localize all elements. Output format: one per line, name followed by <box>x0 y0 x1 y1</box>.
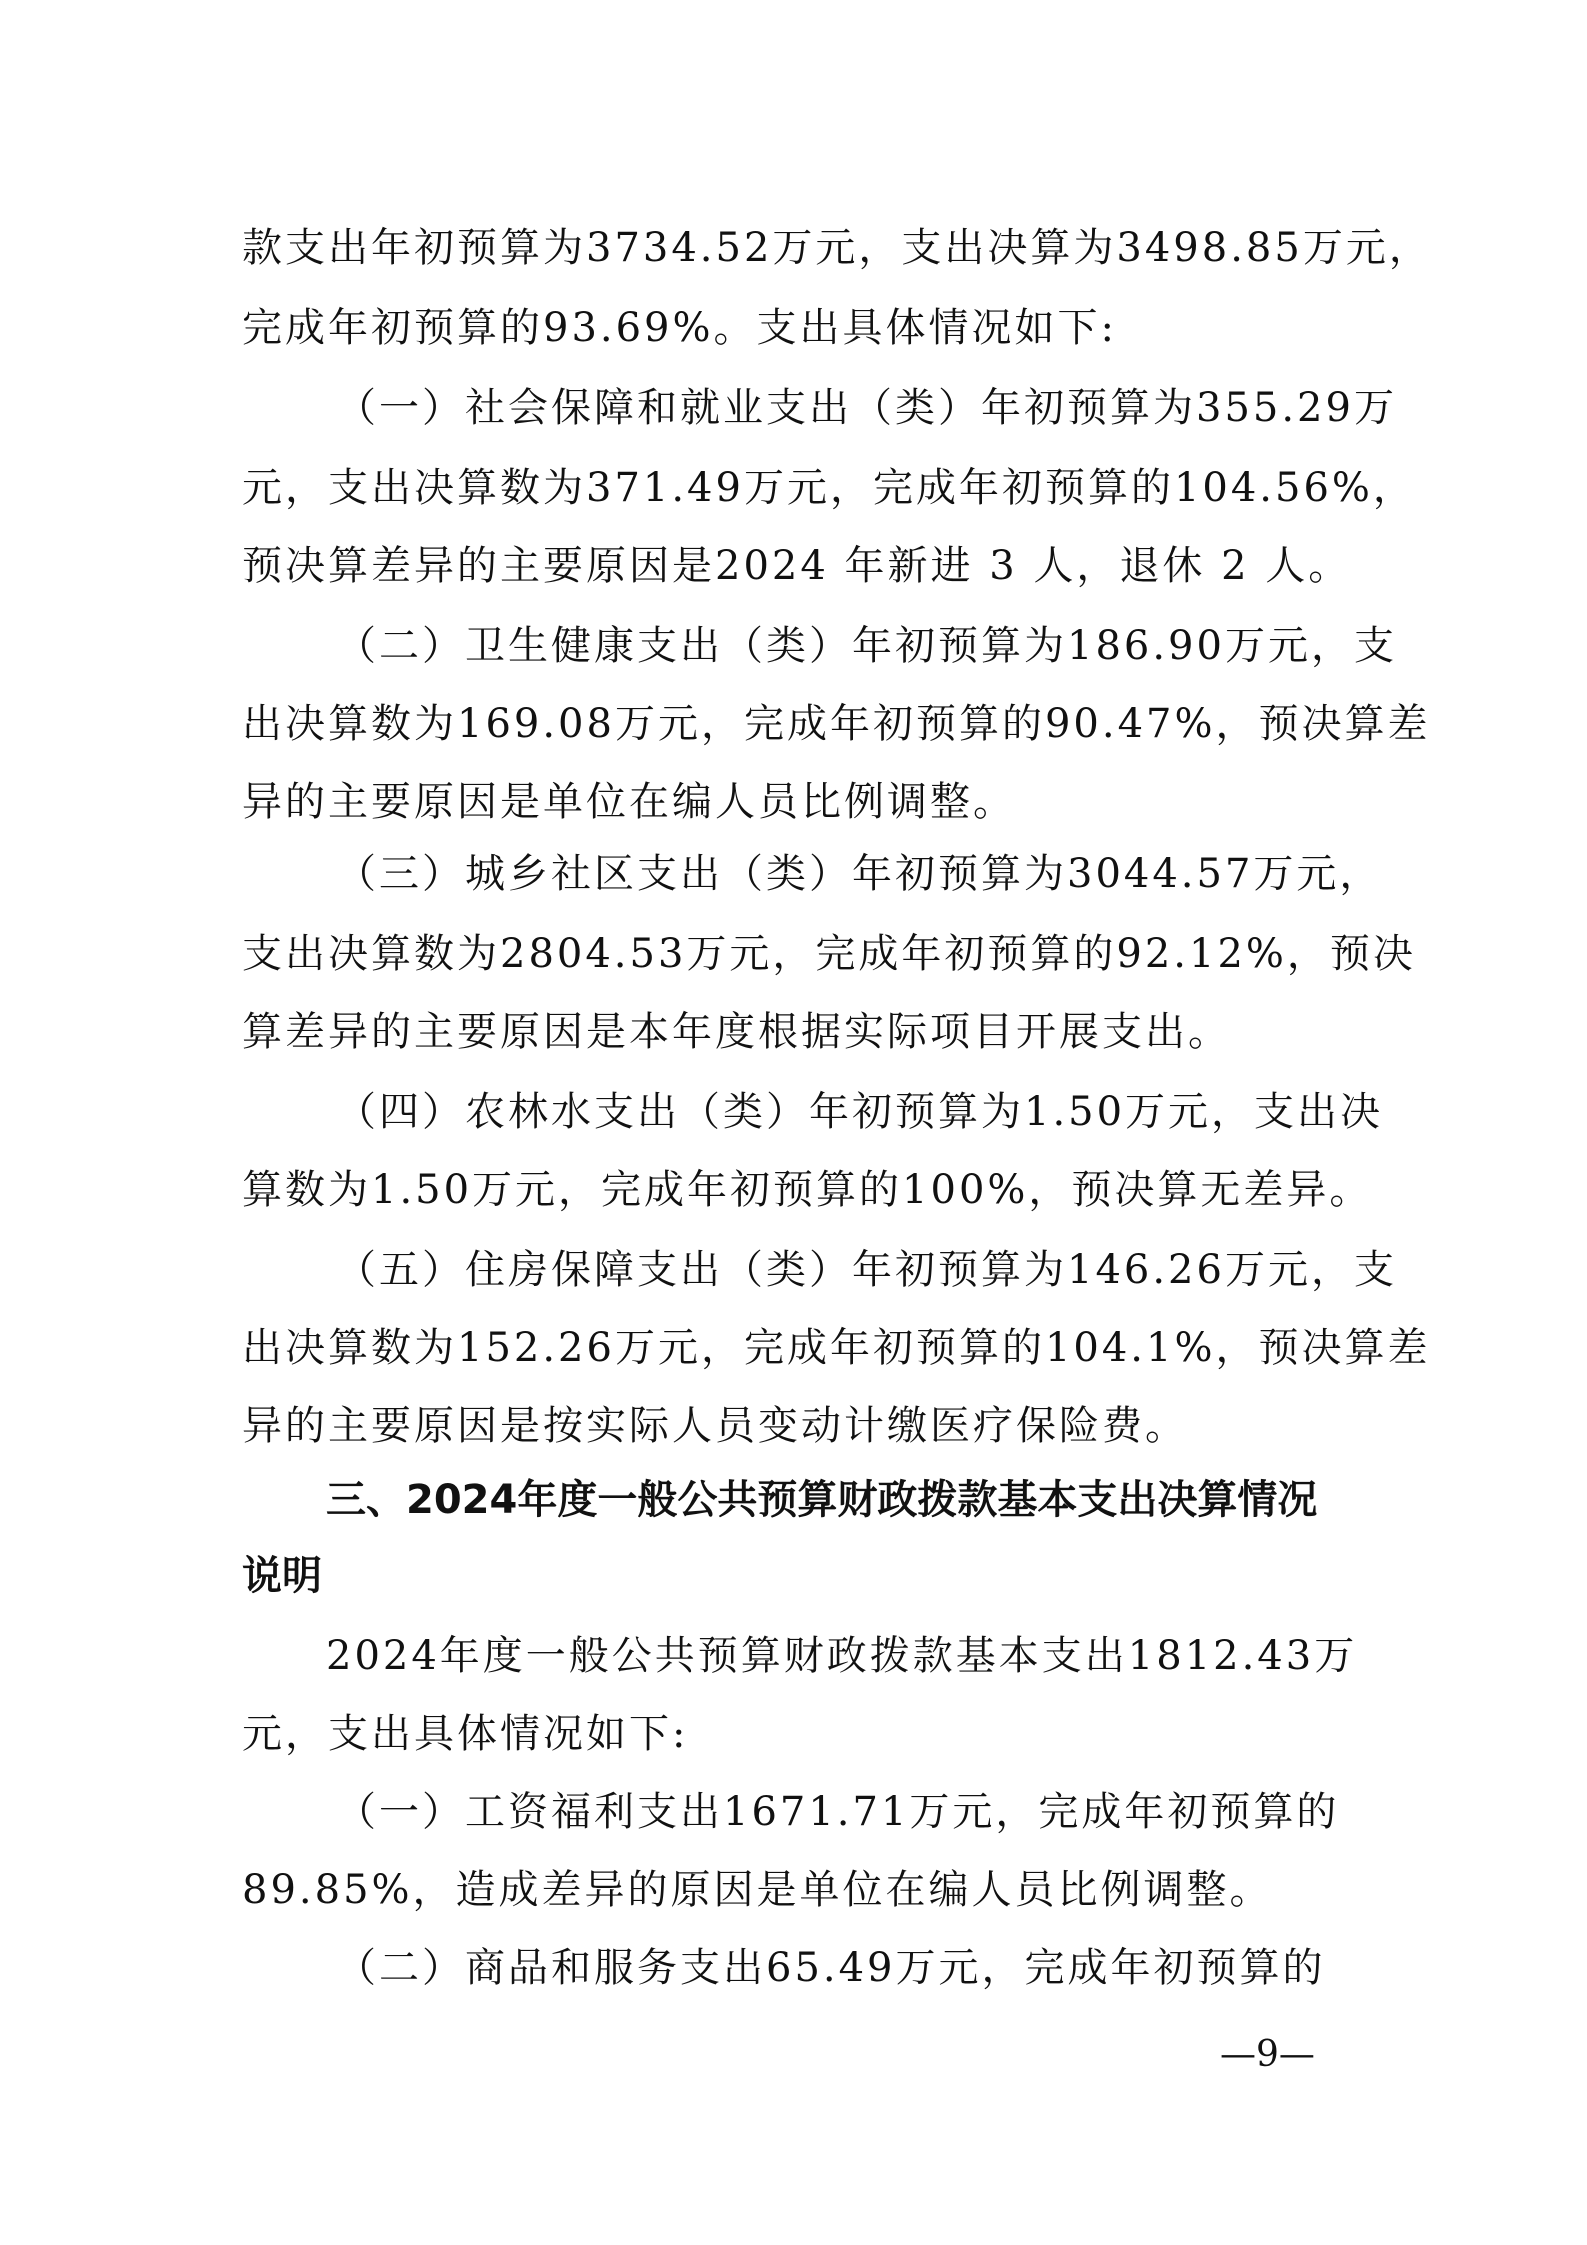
paragraph-line: 出决算数为152.26万元，完成年初预算的104.1%，预决算差 <box>242 1322 1362 1374</box>
paragraph-line: 89.85%，造成差异的原因是单位在编人员比例调整。 <box>242 1864 1362 1916</box>
paragraph-line: （二）商品和服务支出65.49万元，完成年初预算的 <box>336 1942 1456 1994</box>
paragraph-line: 出决算数为169.08万元，完成年初预算的90.47%，预决算差 <box>242 698 1362 750</box>
paragraph-line: （四）农林水支出（类）年初预算为1.50万元，支出决 <box>336 1086 1456 1138</box>
paragraph-line: 支出决算数为2804.53万元，完成年初预算的92.12%，预决 <box>242 928 1362 980</box>
section-heading: 三、2024年度一般公共预算财政拨款基本支出决算情况 <box>326 1474 1446 1526</box>
paragraph-line: 完成年初预算的93.69%。支出具体情况如下: <box>242 302 1362 354</box>
paragraph-line: 预决算差异的主要原因是2024 年新进 3 人，退休 2 人。 <box>242 540 1362 592</box>
paragraph-line: 元，支出决算数为371.49万元，完成年初预算的104.56%， <box>242 462 1362 514</box>
paragraph-line: （三）城乡社区支出（类）年初预算为3044.57万元， <box>336 848 1456 900</box>
paragraph-line: 款支出年初预算为3734.52万元，支出决算为3498.85万元， <box>242 222 1362 274</box>
page-number: —9— <box>1220 2034 1315 2075</box>
section-heading: 说明 <box>242 1550 1362 1602</box>
document-page: 款支出年初预算为3734.52万元，支出决算为3498.85万元， 完成年初预算… <box>0 0 1587 2245</box>
paragraph-line: 算差异的主要原因是本年度根据实际项目开展支出。 <box>242 1006 1362 1058</box>
paragraph-line: 异的主要原因是按实际人员变动计缴医疗保险费。 <box>242 1400 1362 1452</box>
paragraph-line: （一）社会保障和就业支出（类）年初预算为355.29万 <box>336 382 1456 434</box>
paragraph-line: 元，支出具体情况如下: <box>242 1708 1362 1760</box>
paragraph-line: （二）卫生健康支出（类）年初预算为186.90万元，支 <box>336 620 1456 672</box>
paragraph-line: 2024年度一般公共预算财政拨款基本支出1812.43万 <box>326 1630 1446 1682</box>
paragraph-line: 异的主要原因是单位在编人员比例调整。 <box>242 776 1362 828</box>
paragraph-line: （一）工资福利支出1671.71万元，完成年初预算的 <box>336 1786 1456 1838</box>
paragraph-line: 算数为1.50万元，完成年初预算的100%，预决算无差异。 <box>242 1164 1362 1216</box>
paragraph-line: （五）住房保障支出（类）年初预算为146.26万元，支 <box>336 1244 1456 1296</box>
